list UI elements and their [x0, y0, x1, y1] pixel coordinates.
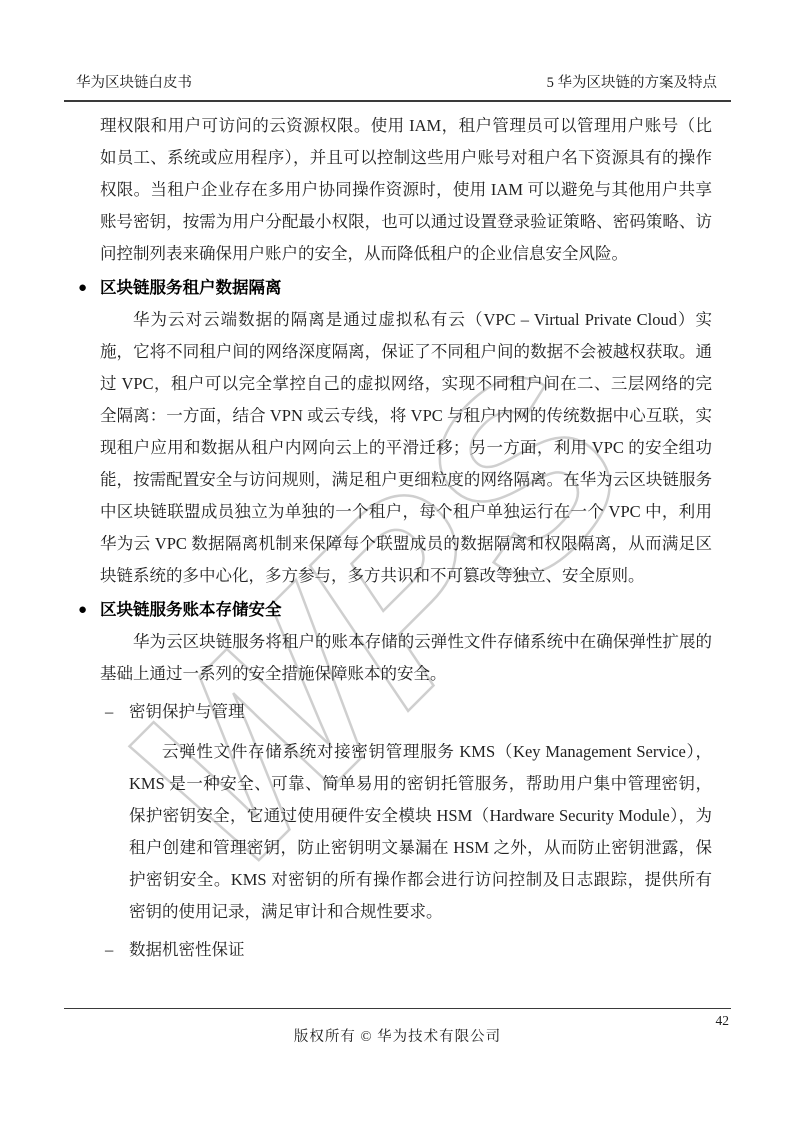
page-body: 理权限和用户可访问的云资源权限。使用 IAM，租户管理员可以管理用户账号（比如员…	[100, 110, 712, 966]
intro-paragraph: 理权限和用户可访问的云资源权限。使用 IAM，租户管理员可以管理用户账号（比如员…	[100, 110, 712, 270]
section-heading-label: 区块链服务租户数据隔离	[100, 279, 282, 297]
list-item-label: 密钥保护与管理	[129, 702, 245, 721]
list-item-key-protection: – 密钥保护与管理	[129, 696, 712, 728]
list-item-data-confidentiality: – 数据机密性保证	[129, 934, 712, 966]
page-header: 华为区块链白皮书 5 华为区块链的方案及特点	[64, 0, 731, 102]
list-item-label: 数据机密性保证	[129, 940, 245, 959]
section-heading-tenant-data-isolation: ● 区块链服务租户数据隔离	[100, 272, 712, 304]
bullet-icon: ●	[78, 272, 87, 304]
section-heading-label: 区块链服务账本存储安全	[100, 601, 282, 619]
copyright-notice: 版权所有 © 华为技术有限公司	[64, 1025, 731, 1046]
dash-icon: –	[105, 934, 113, 966]
bullet-icon: ●	[78, 594, 87, 626]
section-heading-ledger-storage-security: ● 区块链服务账本存储安全	[100, 594, 712, 626]
section-paragraph: 华为云区块链服务将租户的账本存储的云弹性文件存储系统中在确保弹性扩展的基础上通过…	[100, 626, 712, 690]
dash-icon: –	[105, 696, 113, 728]
sub-paragraph-kms: 云弹性文件存储系统对接密钥管理服务 KMS（Key Management Ser…	[129, 736, 712, 928]
document-page: WPS 华为区块链白皮书 5 华为区块链的方案及特点 理权限和用户可访问的云资源…	[0, 0, 793, 1122]
header-document-title: 华为区块链白皮书	[64, 74, 192, 92]
header-chapter-title: 5 华为区块链的方案及特点	[547, 74, 731, 92]
page-footer: 42 版权所有 © 华为技术有限公司	[64, 1008, 731, 1069]
section-paragraph: 华为云对云端数据的隔离是通过虚拟私有云（VPC – Virtual Privat…	[100, 304, 712, 592]
